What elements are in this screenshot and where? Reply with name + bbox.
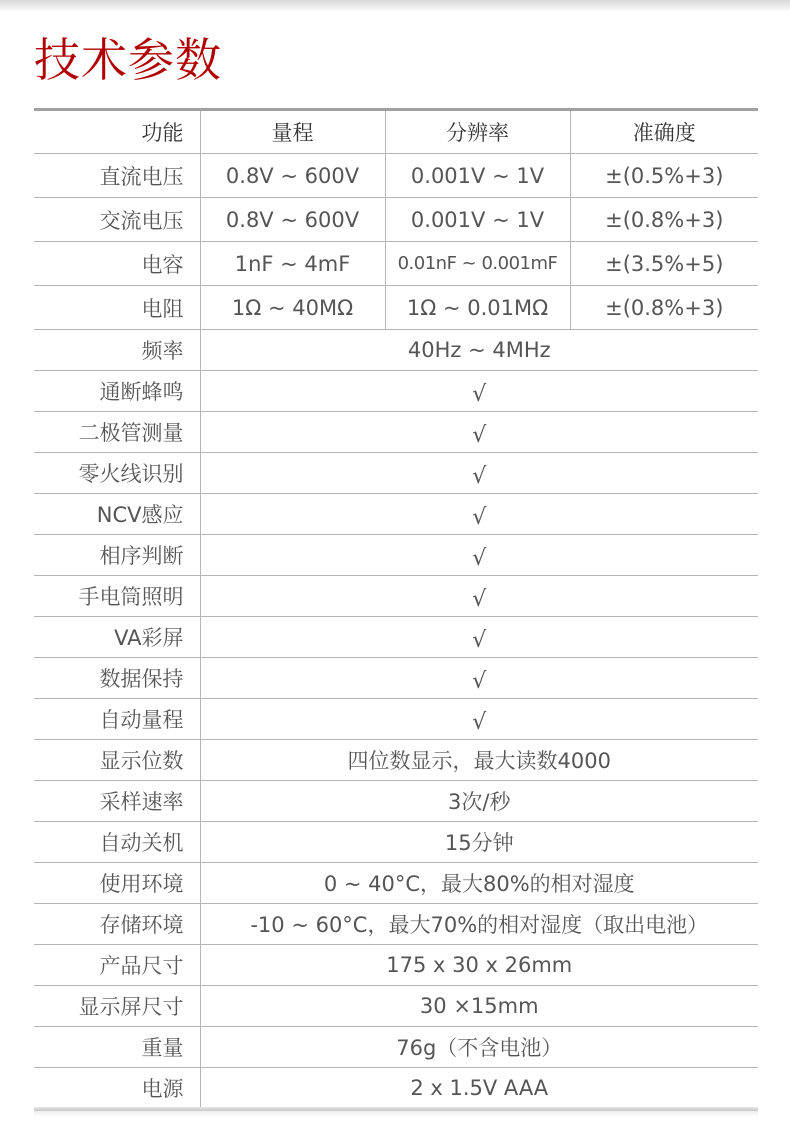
row-label: 相序判断	[34, 535, 200, 576]
row-label: 使用环境	[34, 863, 200, 904]
checkmark-icon: √	[472, 628, 486, 653]
table-row: 相序判断√	[34, 535, 758, 576]
row-label: 数据保持	[34, 658, 200, 699]
checkmark-icon: √	[472, 423, 486, 448]
accuracy-cell: ±(0.8%+3)	[570, 286, 758, 330]
table-row: 自动关机15分钟	[34, 822, 758, 863]
table-row: 通断蜂鸣√	[34, 371, 758, 412]
resolution-cell: 0.01nF ~ 0.001mF	[385, 242, 570, 286]
row-label: 重量	[34, 1027, 200, 1068]
row-label: NCV感应	[34, 494, 200, 535]
value-cell: 175 x 30 x 26mm	[200, 945, 758, 986]
table-row: 采样速率3次/秒	[34, 781, 758, 822]
value-cell: 15分钟	[200, 822, 758, 863]
checkmark-icon: √	[472, 464, 486, 489]
range-cell: 0.8V ~ 600V	[200, 198, 385, 242]
checkmark-icon: √	[472, 382, 486, 407]
table-row: 产品尺寸175 x 30 x 26mm	[34, 945, 758, 986]
value-cell: √	[200, 576, 758, 617]
row-label: 频率	[34, 330, 200, 371]
accuracy-cell: ±(0.5%+3)	[570, 154, 758, 198]
table-row: NCV感应√	[34, 494, 758, 535]
accuracy-cell: ±(0.8%+3)	[570, 198, 758, 242]
row-label: 电源	[34, 1068, 200, 1110]
header-function: 功能	[34, 110, 200, 154]
page-title: 技术参数	[34, 30, 222, 90]
value-cell: 0 ~ 40°C，最大80%的相对湿度	[200, 863, 758, 904]
accuracy-cell: ±(3.5%+5)	[570, 242, 758, 286]
value-cell: -10 ~ 60°C，最大70%的相对湿度（取出电池）	[200, 904, 758, 945]
table-row: 重量76g（不含电池）	[34, 1027, 758, 1068]
table-row: 频率40Hz ~ 4MHz	[34, 330, 758, 371]
row-label: 直流电压	[34, 154, 200, 198]
checkmark-icon: √	[472, 546, 486, 571]
table-row: 手电筒照明√	[34, 576, 758, 617]
value-cell: √	[200, 494, 758, 535]
row-label: 产品尺寸	[34, 945, 200, 986]
row-label: 存储环境	[34, 904, 200, 945]
table-row: 自动量程√	[34, 699, 758, 740]
row-label: 电容	[34, 242, 200, 286]
table-header-row: 功能 量程 分辨率 准确度	[34, 110, 758, 154]
row-label: 电阻	[34, 286, 200, 330]
table-row: VA彩屏√	[34, 617, 758, 658]
value-cell: 30 ×15mm	[200, 986, 758, 1027]
value-cell: 2 x 1.5V AAA	[200, 1068, 758, 1110]
checkmark-icon: √	[472, 505, 486, 530]
value-cell: √	[200, 535, 758, 576]
checkmark-icon: √	[472, 710, 486, 735]
row-label: 采样速率	[34, 781, 200, 822]
value-cell: √	[200, 412, 758, 453]
row-label: 显示屏尺寸	[34, 986, 200, 1027]
range-cell: 1Ω ~ 40MΩ	[200, 286, 385, 330]
table-row: 显示屏尺寸30 ×15mm	[34, 986, 758, 1027]
value-cell: 3次/秒	[200, 781, 758, 822]
row-label: 自动量程	[34, 699, 200, 740]
value-cell: √	[200, 453, 758, 494]
table-row: 显示位数四位数显示，最大读数4000	[34, 740, 758, 781]
header-accuracy: 准确度	[570, 110, 758, 154]
checkmark-icon: √	[472, 669, 486, 694]
range-cell: 1nF ~ 4mF	[200, 242, 385, 286]
bottom-shadow	[34, 1107, 758, 1117]
value-cell: √	[200, 371, 758, 412]
row-label: 手电筒照明	[34, 576, 200, 617]
resolution-cell: 0.001V ~ 1V	[385, 154, 570, 198]
header-resolution: 分辨率	[385, 110, 570, 154]
resolution-cell: 0.001V ~ 1V	[385, 198, 570, 242]
row-label: VA彩屏	[34, 617, 200, 658]
range-cell: 0.8V ~ 600V	[200, 154, 385, 198]
table-row: 零火线识别√	[34, 453, 758, 494]
table-row: 电容1nF ~ 4mF0.01nF ~ 0.001mF±(3.5%+5)	[34, 242, 758, 286]
table-row: 二极管测量√	[34, 412, 758, 453]
table-row: 数据保持√	[34, 658, 758, 699]
resolution-cell: 1Ω ~ 0.01MΩ	[385, 286, 570, 330]
row-label: 显示位数	[34, 740, 200, 781]
top-shadow	[0, 0, 790, 12]
value-cell: 四位数显示，最大读数4000	[200, 740, 758, 781]
value-cell: 40Hz ~ 4MHz	[200, 330, 758, 371]
row-label: 二极管测量	[34, 412, 200, 453]
checkmark-icon: √	[472, 587, 486, 612]
value-cell: √	[200, 617, 758, 658]
table-row: 存储环境-10 ~ 60°C，最大70%的相对湿度（取出电池）	[34, 904, 758, 945]
header-range: 量程	[200, 110, 385, 154]
table-row: 电源2 x 1.5V AAA	[34, 1068, 758, 1110]
row-label: 零火线识别	[34, 453, 200, 494]
table-row: 电阻1Ω ~ 40MΩ1Ω ~ 0.01MΩ±(0.8%+3)	[34, 286, 758, 330]
row-label: 交流电压	[34, 198, 200, 242]
table-row: 直流电压0.8V ~ 600V0.001V ~ 1V±(0.5%+3)	[34, 154, 758, 198]
row-label: 自动关机	[34, 822, 200, 863]
value-cell: 76g（不含电池）	[200, 1027, 758, 1068]
value-cell: √	[200, 658, 758, 699]
table-row: 使用环境0 ~ 40°C，最大80%的相对湿度	[34, 863, 758, 904]
spec-table: 功能 量程 分辨率 准确度 直流电压0.8V ~ 600V0.001V ~ 1V…	[34, 108, 758, 1111]
value-cell: √	[200, 699, 758, 740]
table-row: 交流电压0.8V ~ 600V0.001V ~ 1V±(0.8%+3)	[34, 198, 758, 242]
row-label: 通断蜂鸣	[34, 371, 200, 412]
